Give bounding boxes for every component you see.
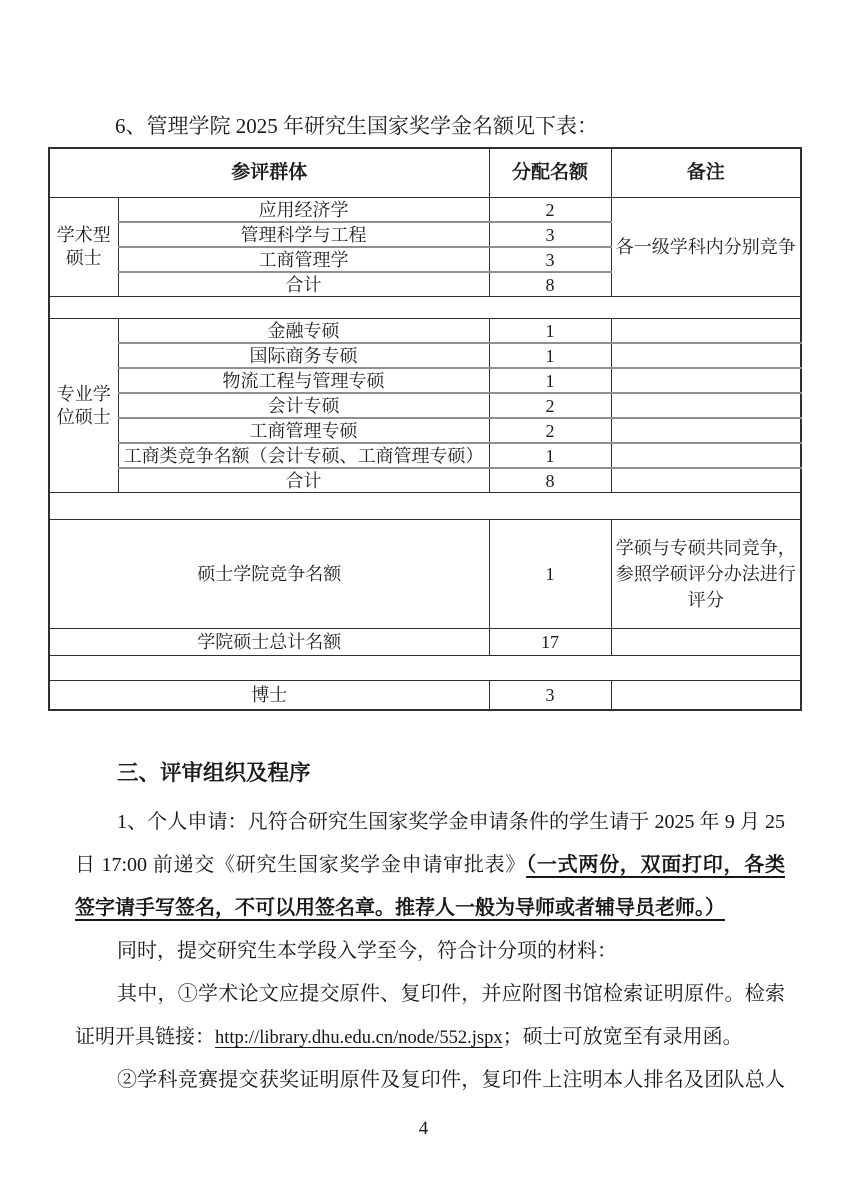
table-row: 会计专硕 2 <box>49 393 801 418</box>
subject-cell: 管理科学与工程 <box>118 222 489 247</box>
header-cell-quota: 分配名额 <box>489 148 611 198</box>
subject-cell: 物流工程与管理专硕 <box>118 368 489 393</box>
quota-table: 参评群体 分配名额 备注 学术型硕士 应用经济学 2 各一级学科内分别竞争 管理… <box>48 147 802 711</box>
subject-cell: 硕士学院竞争名额 <box>49 520 489 629</box>
header-cell-group: 参评群体 <box>49 148 489 198</box>
remark-cell <box>611 468 801 493</box>
para3-line2-suffix: ；硕士可放宽至有录用函。 <box>503 1026 743 1048</box>
table-row: 硕士学院竞争名额 1 学硕与专硕共同竞争，参照学硕评分办法进行评分 <box>49 520 801 629</box>
quota-cell: 1 <box>489 520 611 629</box>
table-header-row: 参评群体 分配名额 备注 <box>49 148 801 198</box>
remark-cell: 学硕与专硕共同竞争，参照学硕评分办法进行评分 <box>611 520 801 629</box>
group-cell-academic: 学术型硕士 <box>49 198 118 297</box>
remark-cell <box>611 681 801 711</box>
spacer-cell <box>49 297 801 319</box>
spacer-row <box>49 297 801 319</box>
para1-line3-bold-underline: 签字请手写签名，不可以用签名章。推荐人一般为导师或者辅导员老师。） <box>75 897 725 919</box>
spacer-row <box>49 656 801 681</box>
subject-cell: 工商管理专硕 <box>118 418 489 443</box>
subject-cell: 学院硕士总计名额 <box>49 629 489 656</box>
remark-cell <box>611 418 801 443</box>
remark-cell <box>611 343 801 368</box>
quota-cell: 17 <box>489 629 611 656</box>
para3-line2-prefix: 证明开具链接： <box>75 1026 215 1048</box>
subject-cell: 会计专硕 <box>118 393 489 418</box>
paragraph-line: 证明开具链接：http://library.dhu.edu.cn/node/55… <box>75 1016 785 1059</box>
paragraph-line: 同时，提交研究生本学段入学至今，符合计分项的材料： <box>75 930 785 973</box>
quota-cell: 1 <box>489 343 611 368</box>
quota-cell: 1 <box>489 443 611 468</box>
remark-cell <box>611 393 801 418</box>
table-row: 工商类竞争名额（会计专硕、工商管理专硕） 1 <box>49 443 801 468</box>
para4-line1: ②学科竞赛提交获奖证明原件及复印件，复印件上注明本人排名及团队总人 <box>117 1069 785 1091</box>
paragraph-line: ②学科竞赛提交获奖证明原件及复印件，复印件上注明本人排名及团队总人 <box>75 1059 785 1102</box>
subject-cell: 应用经济学 <box>118 198 489 223</box>
quota-cell: 1 <box>489 319 611 344</box>
table-row: 专业学位硕士 金融专硕 1 <box>49 319 801 344</box>
paragraph-line: 签字请手写签名，不可以用签名章。推荐人一般为导师或者辅导员老师。） <box>75 887 785 930</box>
quota-cell: 2 <box>489 393 611 418</box>
remark-cell <box>611 443 801 468</box>
table-row: 学院硕士总计名额 17 <box>49 629 801 656</box>
para3-line1: 其中，①学术论文应提交原件、复印件，并应附图书馆检索证明原件。检索 <box>117 983 785 1005</box>
spacer-cell <box>49 493 801 520</box>
subject-cell: 合计 <box>118 272 489 297</box>
group-cell-professional: 专业学位硕士 <box>49 319 118 493</box>
table-row: 博士 3 <box>49 681 801 711</box>
table-caption: 6、管理学院 2025 年研究生国家奖学金名额见下表： <box>115 114 847 138</box>
para1-line2-bold-underline: （一式两份，双面打印，各类 <box>526 854 785 876</box>
quota-cell: 1 <box>489 368 611 393</box>
quota-cell: 3 <box>489 681 611 711</box>
subject-cell: 金融专硕 <box>118 319 489 344</box>
paragraph-line: 其中，①学术论文应提交原件、复印件，并应附图书馆检索证明原件。检索 <box>75 973 785 1016</box>
library-retrieval-link[interactable]: http://library.dhu.edu.cn/node/552.jspx <box>215 1028 503 1048</box>
para1-line1: 1、个人申请：凡符合研究生国家奖学金申请条件的学生请于 2025 年 9 月 2… <box>117 811 785 833</box>
para2-line1: 同时，提交研究生本学段入学至今，符合计分项的材料： <box>117 940 617 962</box>
quota-cell: 3 <box>489 222 611 247</box>
quota-cell: 2 <box>489 418 611 443</box>
subject-cell: 博士 <box>49 681 489 711</box>
paragraph-line: 1、个人申请：凡符合研究生国家奖学金申请条件的学生请于 2025 年 9 月 2… <box>75 801 785 844</box>
document-page: 6、管理学院 2025 年研究生国家奖学金名额见下表： 参评群体 分配名额 备注… <box>0 0 847 1197</box>
remark-cell <box>611 629 801 656</box>
page-number: 4 <box>0 1118 847 1140</box>
paragraph-line: 日 17:00 前递交《研究生国家奖学金申请审批表》（一式两份，双面打印，各类 <box>75 844 785 887</box>
subject-cell: 合计 <box>118 468 489 493</box>
table-row: 学术型硕士 应用经济学 2 各一级学科内分别竞争 <box>49 198 801 223</box>
quota-cell: 2 <box>489 198 611 223</box>
header-cell-remark: 备注 <box>611 148 801 198</box>
table-row: 合计 8 <box>49 468 801 493</box>
remark-cell <box>611 319 801 344</box>
remark-cell-academic: 各一级学科内分别竞争 <box>611 198 801 297</box>
body-text: 1、个人申请：凡符合研究生国家奖学金申请条件的学生请于 2025 年 9 月 2… <box>75 801 785 1102</box>
table-row: 工商管理专硕 2 <box>49 418 801 443</box>
para1-line2-normal: 日 17:00 前递交《研究生国家奖学金申请审批表》 <box>75 854 526 876</box>
quota-cell: 8 <box>489 272 611 297</box>
remark-cell <box>611 368 801 393</box>
spacer-cell <box>49 656 801 681</box>
table-row: 物流工程与管理专硕 1 <box>49 368 801 393</box>
quota-cell: 8 <box>489 468 611 493</box>
subject-cell: 工商类竞争名额（会计专硕、工商管理专硕） <box>118 443 489 468</box>
quota-cell: 3 <box>489 247 611 272</box>
subject-cell: 工商管理学 <box>118 247 489 272</box>
spacer-row <box>49 493 801 520</box>
section-heading: 三、评审组织及程序 <box>117 759 785 787</box>
subject-cell: 国际商务专硕 <box>118 343 489 368</box>
table-row: 国际商务专硕 1 <box>49 343 801 368</box>
